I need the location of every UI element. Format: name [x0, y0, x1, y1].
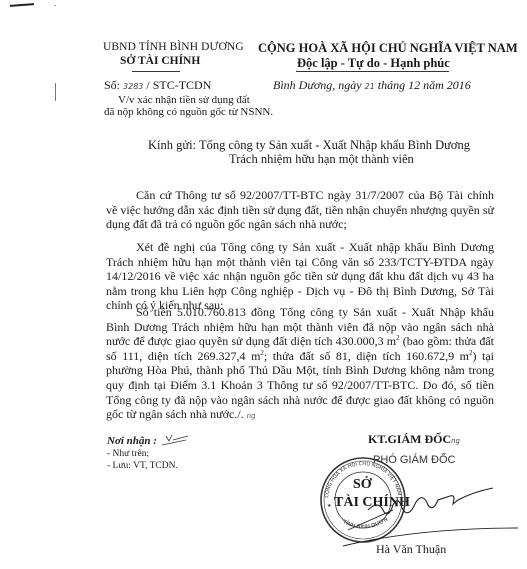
svg-text:★: ★ — [327, 503, 332, 509]
signature-title: KT.GIÁM ĐỐCng — [368, 432, 460, 447]
doc-number-prefix: Số: — [104, 78, 123, 92]
issuer-parent: UBND TỈNH BÌNH DƯƠNG — [103, 41, 244, 53]
issuer-underline — [132, 71, 180, 72]
addressee-line-1: Kính gửi: Tổng công ty Sản xuất - Xuất N… — [148, 138, 470, 153]
handwritten-signature-icon — [338, 480, 527, 550]
nation-title: CỘNG HOÀ XÃ HỘI CHỦ NGHĨA VIỆT NAM — [258, 41, 518, 56]
initials-scribble-icon — [158, 433, 198, 447]
document-number: Số: 3283 / STC-TCDN — [104, 78, 211, 93]
motto-underline — [296, 71, 449, 72]
body-paragraph-1: Căn cứ Thông tư số 92/2007/TT-BTC ngày 3… — [106, 188, 494, 232]
recipients-title: Nơi nhận : — [107, 435, 157, 447]
signer-name: Hà Văn Thuận — [376, 542, 446, 557]
date-suffix: tháng 12 năm 2016 — [375, 78, 471, 92]
handwritten-initials: ng — [247, 412, 256, 420]
motto: Độc lập - Tự do - Hạnh phúc — [297, 56, 450, 71]
signature-title-text: KT.GIÁM ĐỐC — [368, 432, 451, 446]
place-date: Bình Dương, ngày 21 tháng 12 năm 2016 — [273, 78, 471, 93]
body-paragraph-3: Số tiền 5.010.760.813 đồng Tổng công ty … — [106, 305, 494, 424]
paragraph-text: Căn cứ Thông tư số 92/2007/TT-BTC ngày 3… — [106, 188, 494, 231]
scan-speck — [55, 83, 56, 101]
handwritten-initials: ng — [451, 437, 460, 445]
subject-line-2: đã nộp không có nguồn gốc từ NSNN. — [104, 106, 273, 118]
scan-mark — [10, 3, 34, 7]
subject-line-1: V/v xác nhận tiền sử dụng đất — [118, 94, 250, 106]
body-paragraph-2: Xét đề nghị của Tổng công ty Sản xuất - … — [106, 240, 494, 313]
date-prefix: Bình Dương, ngày — [273, 78, 365, 92]
issuer: SỞ TÀI CHÍNH — [120, 55, 200, 67]
paragraph-text: Xét đề nghị của Tổng công ty Sản xuất - … — [106, 240, 494, 312]
scan-speck — [55, 5, 56, 6]
recipient-item: - Như trên; — [107, 449, 149, 459]
paragraph-text: ; thửa đất số 81, diện tích 160.672,9 m — [264, 349, 469, 363]
addressee-line-2: Trách nhiệm hữu hạn một thành viên — [229, 152, 414, 167]
doc-number-handwritten: 3283 — [123, 82, 143, 91]
date-day-handwritten: 21 — [365, 82, 375, 91]
recipient-item: - Lưu: VT, TCDN. — [107, 461, 178, 471]
doc-number-suffix: / STC-TCDN — [143, 78, 211, 92]
